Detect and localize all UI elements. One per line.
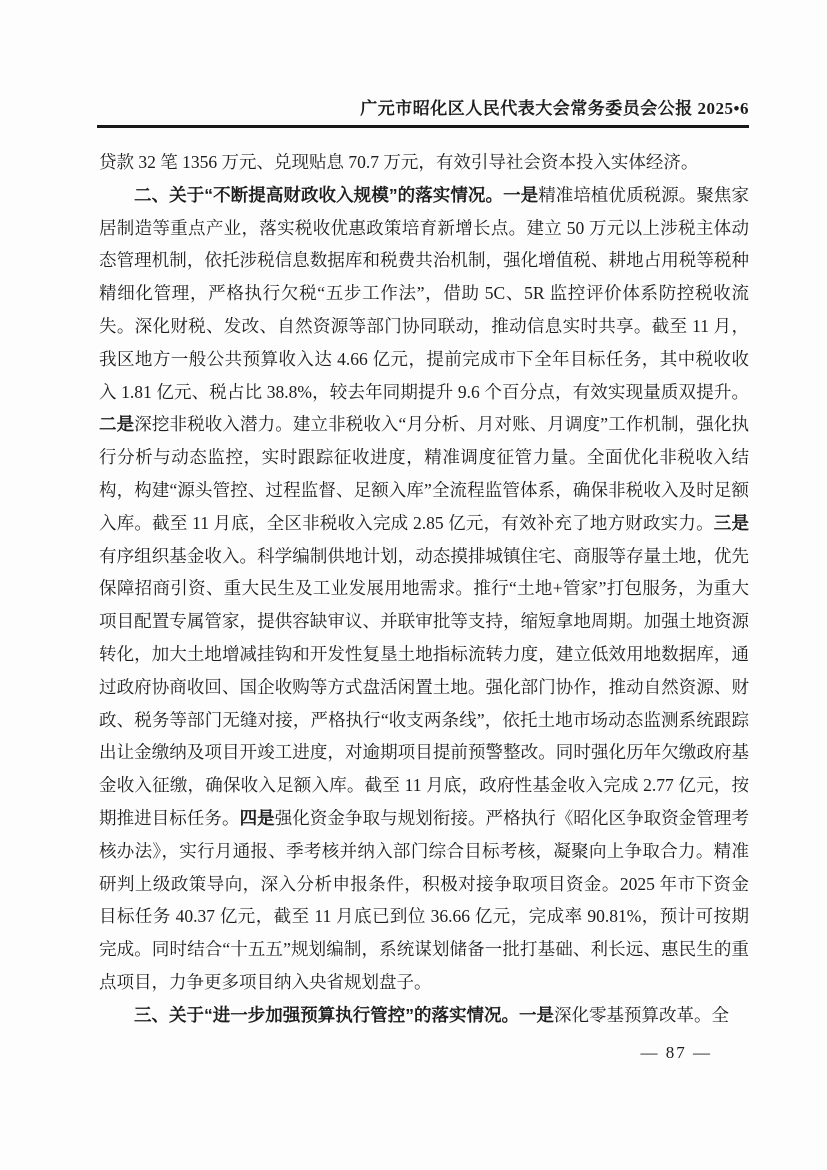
emphasis-text-run: 二、关于“不断提高财政收入规模”的落实情况。一是 (134, 185, 538, 205)
text-run: 精准培植优质税源。聚焦家居制造等重点产业，落实税收优惠政策培育新增长点。建立 5… (99, 185, 749, 402)
text-run: 有序组织基金收入。科学编制供地计划，动态摸排城镇住宅、商服等存量土地，优先保障招… (99, 546, 749, 828)
document-body: 贷款 32 笔 1356 万元、兑现贴息 70.7 万元，有效引导社会资本投入实… (99, 146, 749, 1032)
paragraph: 二、关于“不断提高财政收入规模”的落实情况。一是精准培植优质税源。聚焦家居制造等… (99, 179, 749, 999)
emphasis-text-run: 三、关于“进一步加强预算执行管控”的落实情况。一是 (134, 1005, 554, 1025)
text-run: 深挖非税收入潜力。建立非税收入“月分析、月对账、月调度”工作机制，强化执行分析与… (99, 414, 749, 532)
paragraph: 贷款 32 笔 1356 万元、兑现贴息 70.7 万元，有效引导社会资本投入实… (99, 146, 749, 179)
running-header-title: 广元市昭化区人民代表大会常务委员会公报 2025•6 (99, 94, 749, 119)
header-rule (97, 125, 749, 128)
text-run: 强化资金争取与规划衔接。严格执行《昭化区争取资金管理考核办法》，实行月通报、季考… (99, 808, 749, 992)
document-page: 广元市昭化区人民代表大会常务委员会公报 2025•6 贷款 32 笔 1356 … (0, 0, 827, 1170)
paragraph: 三、关于“进一步加强预算执行管控”的落实情况。一是深化零基预算改革。全 (99, 999, 749, 1032)
page-number: — 87 — (641, 1043, 713, 1063)
emphasis-text-run: 四是 (240, 808, 275, 828)
emphasis-text-run: 三是 (714, 513, 749, 533)
text-run: 贷款 32 笔 1356 万元、兑现贴息 70.7 万元，有效引导社会资本投入实… (99, 152, 698, 172)
emphasis-text-run: 二是 (99, 414, 134, 434)
text-run: 深化零基预算改革。全 (554, 1005, 729, 1025)
